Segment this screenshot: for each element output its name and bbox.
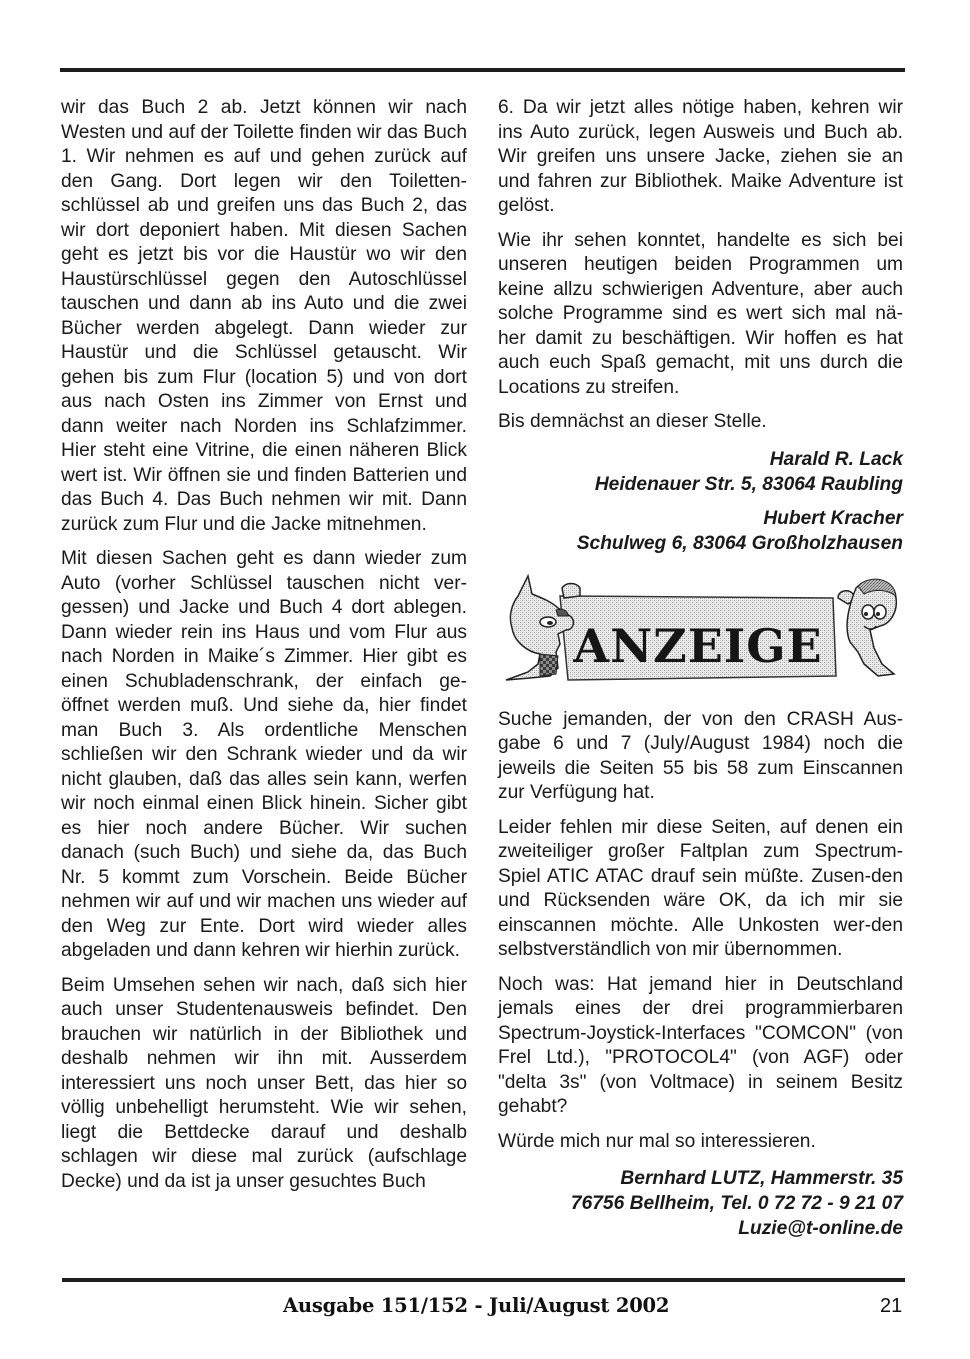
author-signature-1: Harald R. Lack Heidenauer Str. 5, 83064 … (498, 447, 903, 497)
right-column: 6. Da wir jetzt alles nötige haben, kehr… (498, 96, 903, 1241)
paragraph: Bis demnächst an dieser Stelle. (498, 410, 903, 435)
anzeige-heading: ANZEIGE (572, 619, 822, 673)
paragraph: 6. Da wir jetzt alles nötige haben, kehr… (498, 96, 903, 219)
ad-paragraph: Würde mich nur mal so interessieren. (498, 1130, 903, 1155)
footer-rule (62, 1278, 905, 1282)
page-number: 21 (880, 1295, 902, 1318)
author-address: Heidenauer Str. 5, 83064 Raubling (498, 472, 903, 497)
issue-title: Ausgabe 151/152 - Juli/August 2002 (283, 1294, 669, 1317)
contact-city-phone: 76756 Bellheim, Tel. 0 72 72 - 9 21 07 (498, 1191, 903, 1216)
paragraph: Wie ihr sehen konntet, handelte es sich … (498, 229, 903, 401)
paragraph: Beim Umsehen sehen wir nach, daß sich hi… (61, 974, 467, 1195)
header-rule (60, 68, 905, 72)
ad-paragraph: Leider fehlen mir diese Seiten, auf dene… (498, 816, 903, 963)
left-column: wir das Buch 2 ab. Jetzt können wir nach… (61, 96, 467, 1204)
paragraph: wir das Buch 2 ab. Jetzt können wir nach… (61, 96, 467, 537)
paragraph: Mit diesen Sachen geht es dann wieder zu… (61, 547, 467, 964)
ad-paragraph: Suche jemanden, der von den CRASH Aus-ga… (498, 708, 903, 806)
anzeige-banner-illustration: ANZEIGE (498, 568, 903, 692)
cartoon-sign-icon: ANZEIGE (498, 568, 903, 692)
ad-paragraph: Noch was: Hat jemand hier in Deutschland… (498, 973, 903, 1120)
author-address: Schulweg 6, 83064 Großholzhausen (498, 531, 903, 556)
author-signature-2: Hubert Kracher Schulweg 6, 83064 Großhol… (498, 506, 903, 556)
contact-name-address: Bernhard LUTZ, Hammerstr. 35 (498, 1166, 903, 1191)
contact-email: Luzie@t-online.de (498, 1216, 903, 1241)
author-name: Hubert Kracher (498, 506, 903, 531)
author-name: Harald R. Lack (498, 447, 903, 472)
ad-contact: Bernhard LUTZ, Hammerstr. 35 76756 Bellh… (498, 1166, 903, 1241)
